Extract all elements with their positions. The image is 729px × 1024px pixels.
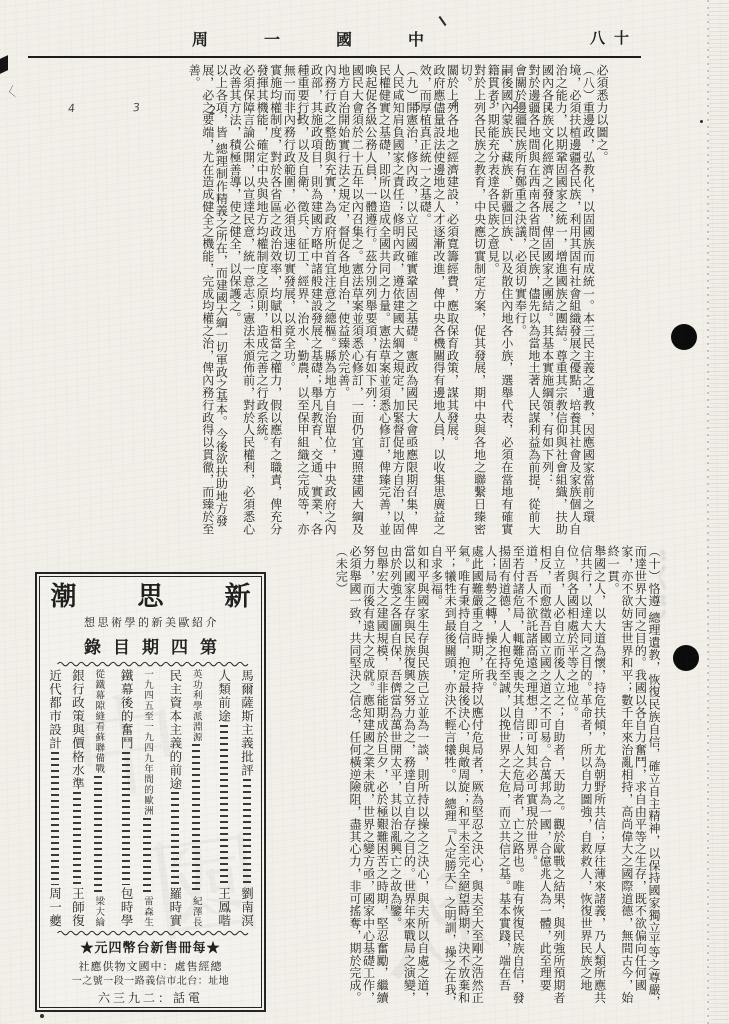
pencil-digit: 5 [413,100,421,114]
scan-edge-wedge [0,55,8,74]
toc-entry: 從鐵幕隙縫看蘇聯備戰梁大綸 [91,669,112,927]
toc-entries: 馬爾薩斯主義批評劉南溟人類前途王鳳喈英功利學派淵源紀澤長民主資本主義的前途羅時實… [46,669,256,927]
toc-entry: 鐵幕後的奮鬥包時學 [117,669,135,927]
ink-speck [40,1014,44,1018]
toc-entry-author: 劉南溟 [238,887,256,928]
punch-hole [673,645,699,671]
bottom-article-text: （十）恪遵 總理遺教，恢復民族自信，確立自主精神，以保持國家獨立平等之尊嚴，而達… [271,545,660,1012]
toc-entry: 近代都市設計周一夔 [46,669,64,927]
ad-title: 潮 思 新 [24,583,276,612]
top-article-text: 必須悉力以圖之。 （八）重邊政，弘教化，以固國族而成統一。本三民主義之遺教，因應… [30,64,608,541]
toc-entry-author: 包時學 [117,887,135,928]
ad-toc-heading: 錄目期四第 [72,633,229,658]
toc-entry-title: 人類前途 [215,669,233,723]
pencil-ghost-marks: 〻〳〵〻〳 [654,548,670,763]
toc-entry-author: 梁大綸 [91,896,105,928]
toc-entry-title: 英功利學派淵源 [189,669,203,743]
dotted-leader [94,776,102,894]
pencil-digit: 1 [295,110,303,124]
dotted-leader [122,752,130,885]
scan-edge-noise [709,0,729,1024]
wavy-divider-top [45,661,257,667]
dotted-leader [171,792,179,884]
toc-entry-title: 鐵幕後的奮鬥 [117,669,135,750]
dotted-leader [51,752,59,885]
pencil-digit: 1 [545,100,553,114]
toc-entry-title: 近代都市設計 [46,669,64,750]
toc-entry: 人類前途王鳳喈 [215,669,233,927]
ad-subtitle: 想思術學的新美歐紹介 [82,614,219,630]
magazine-masthead: 周一國中 [192,27,480,50]
punch-hole [671,324,697,350]
ink-speck [700,120,703,123]
stray-ink-mark [439,16,447,26]
toc-entry-title: 一九四五至一九四九年間的歐洲 [140,669,154,816]
ad-price-line: ★元四幣台新售冊每★ [80,940,220,959]
pencil-digit: 4 [67,102,75,116]
ad-footer: ★元四幣台新售冊每★ 社應供物文國中：處售經總 一之號一段一路義信市北台：址地 … [72,940,230,1007]
pencil-digit: 4 [450,98,458,112]
ad-phone-line: 六三九二：話電 [98,990,203,1007]
page-number: 八十 [590,27,638,48]
toc-entry-title: 民主資本主義的前途 [166,669,184,791]
toc-entry-author: 紀澤長 [189,896,203,928]
toc-entry-title: 銀行政策與價格水準 [68,669,86,791]
toc-entry-author: 雷森生 [140,896,154,928]
toc-entry: 民主資本主義的前途羅時實 [166,669,184,927]
header-rule [28,56,641,58]
scan-edge-dotted-line [707,0,709,1024]
wavy-divider-bottom [45,930,257,936]
dotted-leader [220,725,228,885]
toc-entry-author: 羅時實 [166,887,184,928]
toc-entry: 馬爾薩斯主義批評劉南溟 [238,669,256,927]
pencil-digit: 2 [511,99,519,113]
dotted-leader [192,744,200,893]
toc-entry-title: 馬爾薩斯主義批評 [238,669,256,777]
dotted-leader [73,792,81,884]
dotted-leader [143,818,151,894]
scanned-page: 周一國中 八十 中國秋 必須悉力以圖之。 （八）重邊政，弘教化，以固國族而成統一… [0,0,729,1024]
ad-distributor-line: 社應供物文國中：處售經總 [79,959,223,975]
ad-inner-border: 潮 思 新 想思術學的新美歐紹介 錄目期四第 馬爾薩斯主義批評劉南溟人類前途王鳳… [39,576,262,1008]
toc-entry-title: 從鐵幕隙縫看蘇聯備戰 [91,669,105,774]
toc-entry-author: 王師復 [68,887,86,928]
pencil-digit: 2 [208,104,216,118]
toc-entry: 一九四五至一九四九年間的歐洲雷森生 [140,669,161,927]
ad-address-line: 一之號一段一路義信市北台：址地 [72,975,230,990]
toc-entry-author: 王鳳喈 [215,887,233,928]
toc-entry: 英功利學派淵源紀澤長 [189,669,210,927]
new-thought-tide-ad-box: 潮 思 新 想思術學的新美歐紹介 錄目期四第 馬爾薩斯主義批評劉南溟人類前途王鳳… [35,572,266,1012]
toc-entry: 銀行政策與價格水準王師復 [68,669,86,927]
dotted-leader [243,779,251,885]
pencil-paren-mark: 〈 [0,81,17,102]
pencil-digit: 3 [132,101,140,115]
toc-entry-author: 周一夔 [46,887,64,928]
pencil-digit: 3 [488,98,496,112]
